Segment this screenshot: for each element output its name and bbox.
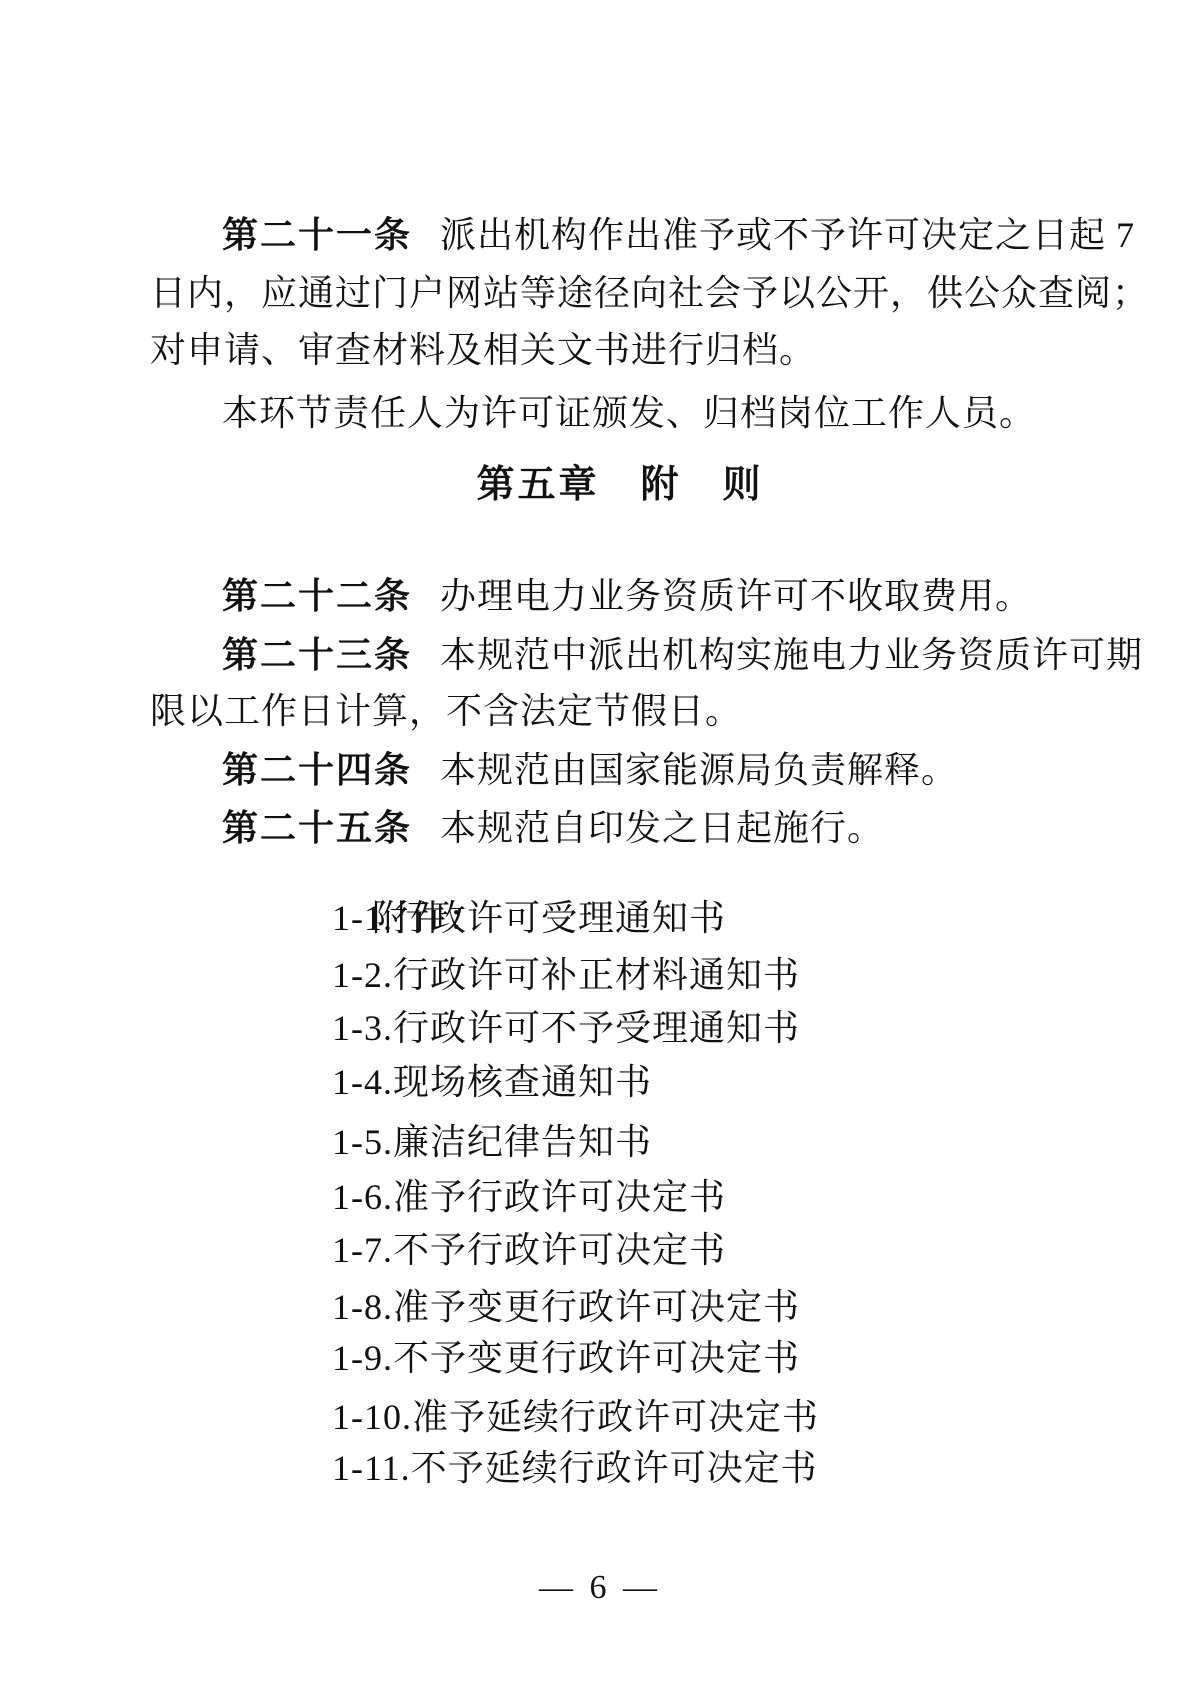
- attachment-item-text: 1-11.不予延续行政许可决定书: [332, 1448, 818, 1488]
- attachment-item: 1-11.不予延续行政许可决定书: [150, 1443, 1200, 1493]
- article-21-text-1: 派出机构作出准予或不予许可决定之日起 7: [440, 215, 1135, 255]
- document-page: 第二十一条派出机构作出准予或不予许可决定之日起 7 日内，应通过门户网站等途径向…: [0, 0, 1200, 1696]
- article-23-line-1: 第二十三条本规范中派出机构实施电力业务资质许可期: [150, 630, 1162, 680]
- article-21-line-3: 对申请、审查材料及相关文书进行归档。: [150, 325, 1090, 375]
- attachment-item-text: 1-9.不予变更行政许可决定书: [332, 1338, 800, 1378]
- attachment-item: 1-4.现场核查通知书: [150, 1057, 1200, 1107]
- attachment-item: 1-10.准予延续行政许可决定书: [150, 1392, 1200, 1442]
- page-number-text: — 6 —: [539, 1569, 661, 1606]
- attachment-item-text: 1-7.不予行政许可决定书: [332, 1230, 726, 1270]
- chapter-heading: 第五章 附 则: [150, 460, 1090, 510]
- article-21-line-2: 日内，应通过门户网站等途径向社会予以公开，供公众查阅；: [150, 268, 1090, 318]
- article-21-line-1: 第二十一条派出机构作出准予或不予许可决定之日起 7: [150, 210, 1162, 260]
- attachment-item: 1-9.不予变更行政许可决定书: [150, 1333, 1200, 1383]
- paragraph-responsible-text: 本环节责任人为许可证颁发、归档岗位工作人员。: [222, 393, 1036, 433]
- article-21-text-2: 日内，应通过门户网站等途径向社会予以公开，供公众查阅；: [150, 273, 1149, 313]
- attachments-line-1: 附件： 1-1.行政许可受理通知书: [150, 893, 1090, 943]
- attachments-label: 附件：: [372, 893, 486, 943]
- article-22-number: 第二十二条: [222, 575, 412, 616]
- article-22-text: 办理电力业务资质许可不收取费用。: [440, 576, 1032, 616]
- attachment-item: 1-7.不予行政许可决定书: [150, 1225, 1200, 1275]
- article-25-line: 第二十五条本规范自印发之日起施行。: [150, 803, 1162, 853]
- attachment-item: 1-5.廉洁纪律告知书: [150, 1117, 1200, 1167]
- chapter-heading-text: 第五章 附 则: [476, 464, 763, 506]
- attachment-item-text: 1-5.廉洁纪律告知书: [332, 1122, 652, 1162]
- article-24-number: 第二十四条: [222, 749, 412, 790]
- article-23-text-1: 本规范中派出机构实施电力业务资质许可期: [440, 635, 1143, 675]
- article-25-number: 第二十五条: [222, 807, 412, 848]
- article-23-text-2: 限以工作日计算，不含法定节假日。: [150, 691, 742, 731]
- attachment-item-text: 1-4.现场核查通知书: [332, 1062, 652, 1102]
- article-24-text: 本规范由国家能源局负责解释。: [440, 750, 958, 790]
- article-24-line: 第二十四条本规范由国家能源局负责解释。: [150, 745, 1162, 795]
- paragraph-responsible: 本环节责任人为许可证颁发、归档岗位工作人员。: [150, 388, 1162, 438]
- attachment-item: 1-3.行政许可不予受理通知书: [150, 1003, 1200, 1053]
- page-number: — 6 —: [0, 1563, 1200, 1613]
- article-23-number: 第二十三条: [222, 634, 412, 675]
- article-21-text-3: 对申请、审查材料及相关文书进行归档。: [150, 330, 816, 370]
- article-23-line-2: 限以工作日计算，不含法定节假日。: [150, 686, 1090, 736]
- article-22-line: 第二十二条办理电力业务资质许可不收取费用。: [150, 571, 1162, 621]
- article-25-text: 本规范自印发之日起施行。: [440, 808, 884, 848]
- attachment-item: 1-6.准予行政许可决定书: [150, 1172, 1200, 1222]
- attachment-item-text: 1-8.准予变更行政许可决定书: [332, 1287, 800, 1327]
- attachment-item-text: 1-2.行政许可补正材料通知书: [332, 955, 800, 995]
- attachment-item-text: 1-6.准予行政许可决定书: [332, 1177, 726, 1217]
- attachment-item-text: 1-10.准予延续行政许可决定书: [332, 1397, 819, 1437]
- attachment-item: 1-2.行政许可补正材料通知书: [150, 950, 1200, 1000]
- article-21-number: 第二十一条: [222, 214, 412, 255]
- attachment-item: 1-8.准予变更行政许可决定书: [150, 1282, 1200, 1332]
- attachment-item-text: 1-3.行政许可不予受理通知书: [332, 1008, 800, 1048]
